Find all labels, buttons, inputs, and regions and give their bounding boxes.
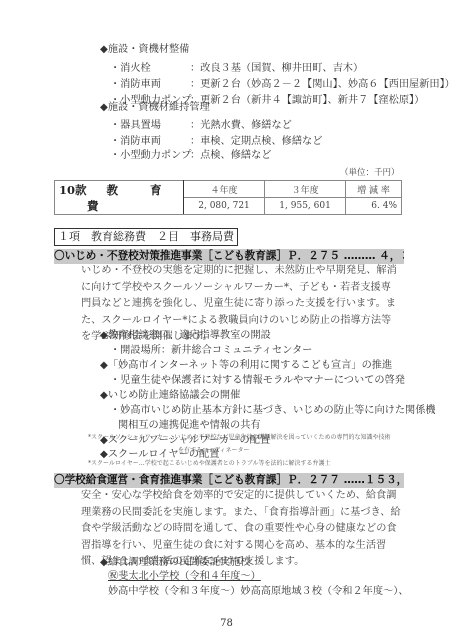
title-part: 費	[87, 199, 99, 213]
item-label: ・小型動力ポンプ	[110, 146, 190, 161]
list-item: ・妙高市いじめ防止基本方針に基づき、いじめの防止等に向けた関係機	[110, 404, 436, 418]
list-item: ◆いじめ防止連絡協議会の開催	[100, 389, 240, 403]
list-item: ・児童生徒や保護者に対する情報モラルやマナーについての啓発	[110, 374, 405, 388]
item-value: ：光熱水費、修繕など	[190, 120, 292, 131]
list-item: ・消防車両：更新２台（妙高２－２【関山】、妙高６【西田屋新田】）	[110, 75, 453, 90]
footnote-lawyer: *スクールロイヤー…学校で起こるいじめや保護者とのトラブル等を法的に解決する弁護…	[88, 458, 330, 467]
list-item: ◆「妙高市インターネット等の利用に関するこども宣言」の推進	[100, 359, 392, 373]
title-part: 10款	[59, 183, 87, 197]
item-value: ：改良３基（国賀、柳井田町、吉木）	[190, 63, 363, 74]
list-item: ・消火栓：改良３基（国賀、柳井田町、吉木）	[110, 59, 363, 74]
list-item: ・小型動力ポンプ：点検、修繕など	[110, 146, 272, 161]
header-cell: ３年度	[265, 181, 346, 198]
item-label: ・消火栓	[110, 59, 190, 74]
item-value: ：更新２台（妙高２－２【関山】、妙高６【西田屋新田】）	[190, 79, 453, 90]
value-cell: 1, 955, 601	[265, 198, 346, 215]
heading-facility-upkeep: ◆施設・資機材維持管理	[100, 101, 210, 115]
item-label: ・消防車両	[110, 75, 190, 90]
title-part: 教	[107, 183, 119, 197]
value-cell: 6. 4%	[346, 198, 402, 215]
unit-label: （単位：千円）	[340, 166, 400, 178]
item-value: ：点検、修繕など	[190, 150, 272, 161]
list-item-new: ㊗斐太北小学校（令和４年度～）	[108, 570, 261, 584]
list-item: 関相互の連携促進や情報の共有	[118, 419, 261, 433]
budget-title: 10款 教 育 費	[55, 181, 184, 215]
list-item: ◆給食調理業務の民間委託実施校	[100, 556, 250, 570]
list-item: 妙高中学校（令和３年度～）妙高高原地域３校（令和２年度～）、	[108, 585, 409, 599]
list-item: ◆教育相談窓口、適応指導教室の開設	[100, 329, 271, 343]
title-part: 育	[150, 183, 162, 197]
value-cell: 2, 080, 721	[184, 198, 265, 215]
list-item: ・消防車両：車検、定期点検、修繕など	[110, 132, 322, 147]
header-cell: ４年度	[184, 181, 265, 198]
list-item: ・開設場所：新井総合コミュニティセンター	[110, 344, 312, 358]
footnote-social-worker: *スクールソーシャルワーカー…いじめや不登校など児童生徒の課題解決を図っていくた…	[88, 432, 391, 441]
footnote-continuation: を有するコーディネーター	[178, 445, 250, 454]
budget-table: 10款 教 育 費 ４年度 ３年度 増 減 率 2, 080, 721 1, 9…	[54, 180, 402, 215]
page-number: 78	[0, 618, 453, 629]
section-title: １項 教育総務費 ２目 事務局費	[54, 228, 238, 246]
item-label: ・消防車両	[110, 132, 190, 147]
heading-facility-maintenance: ◆施設・資機材整備	[100, 43, 189, 57]
item-value: ：更新２台（新井４【諏訪町】、新井７【窪松原】）	[190, 95, 424, 106]
project-heading-school-lunch: 〇学校給食運営・食育推進事業［こども教育課］Ｐ．２７７ ……１５３，５９８千円	[54, 473, 404, 488]
item-label: ・器具置場	[110, 116, 190, 131]
project-heading-bullying: 〇いじめ・不登校対策推進事業［こども教育課］Ｐ．２７５ ……… ４，３７３千円	[54, 249, 404, 264]
header-cell: 増 減 率	[346, 181, 402, 198]
list-item: ・器具置場：光熱水費、修繕など	[110, 116, 292, 131]
